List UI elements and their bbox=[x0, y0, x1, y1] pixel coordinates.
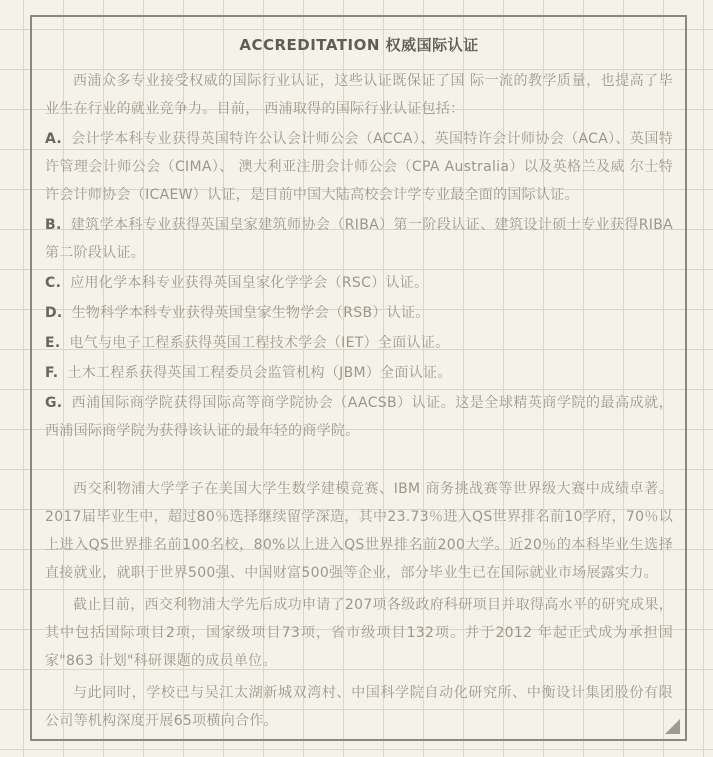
intro-paragraph: 西浦众多专业接受权威的国际行业认证，这些认证既保证了国 际一流的教学质量，也提高… bbox=[45, 67, 673, 123]
item-label: C. bbox=[45, 275, 61, 291]
accreditation-panel: ACCREDITATION 权威国际认证 西浦众多专业接受权威的国际行业认证，这… bbox=[30, 15, 687, 741]
accreditation-item-d: D.生物科学本科专业获得英国皇家生物学会（RSB）认证。 bbox=[45, 299, 673, 327]
accreditation-item-a: A.会计学本科专业获得英国特许公认会计师公会（ACCA）、英国特许会计师协会（A… bbox=[45, 125, 673, 209]
item-text: 生物科学本科专业获得英国皇家生物学会（RSB）认证。 bbox=[72, 305, 430, 321]
item-text: 西浦国际商学院获得国际高等商学院协会（AACSB）认证。这是全球精英商学院的最高… bbox=[45, 395, 673, 439]
item-text: 应用化学本科专业获得英国皇家化学学会（RSC）认证。 bbox=[70, 275, 428, 291]
item-text: 土木工程系获得英国工程委员会监管机构（JBM）全面认证。 bbox=[67, 365, 451, 381]
accreditation-item-f: F.土木工程系获得英国工程委员会监管机构（JBM）全面认证。 bbox=[45, 359, 673, 387]
accreditation-item-c: C.应用化学本科专业获得英国皇家化学学会（RSC）认证。 bbox=[45, 269, 673, 297]
accreditation-item-e: E.电气与电子工程系获得英国工程技术学会（IET）全面认证。 bbox=[45, 329, 673, 357]
item-label: D. bbox=[45, 305, 63, 321]
item-label: A. bbox=[45, 131, 62, 147]
achievements-paragraph: 西交利物浦大学学子在美国大学生数学建模竞赛、IBM 商务挑战赛等世界级大赛中成绩… bbox=[45, 475, 673, 587]
page-title: ACCREDITATION 权威国际认证 bbox=[45, 34, 673, 56]
resize-grip-icon[interactable] bbox=[665, 719, 680, 734]
accreditation-item-b: B.建筑学本科专业获得英国皇家建筑师协会（RIBA）第一阶段认证、建筑设计硕士专… bbox=[45, 211, 673, 267]
item-label: B. bbox=[45, 217, 62, 233]
item-label: F. bbox=[45, 365, 58, 381]
item-text: 建筑学本科专业获得英国皇家建筑师协会（RIBA）第一阶段认证、建筑设计硕士专业获… bbox=[45, 217, 673, 261]
item-label: G. bbox=[45, 395, 62, 411]
item-text: 会计学本科专业获得英国特许公认会计师公会（ACCA）、英国特许会计师协会（ACA… bbox=[45, 131, 673, 203]
accreditation-item-g: G.西浦国际商学院获得国际高等商学院协会（AACSB）认证。这是全球精英商学院的… bbox=[45, 389, 673, 445]
cooperation-paragraph: 与此同时，学校已与吴江太湖新城双湾村、中国科学院自动化研究所、中衡设计集团股份有… bbox=[45, 679, 673, 735]
item-text: 电气与电子工程系获得英国工程技术学会（IET）全面认证。 bbox=[69, 335, 449, 351]
item-label: E. bbox=[45, 335, 60, 351]
research-paragraph: 截止目前，西交利物浦大学先后成功申请了207项各级政府科研项目并取得高水平的研究… bbox=[45, 591, 673, 675]
